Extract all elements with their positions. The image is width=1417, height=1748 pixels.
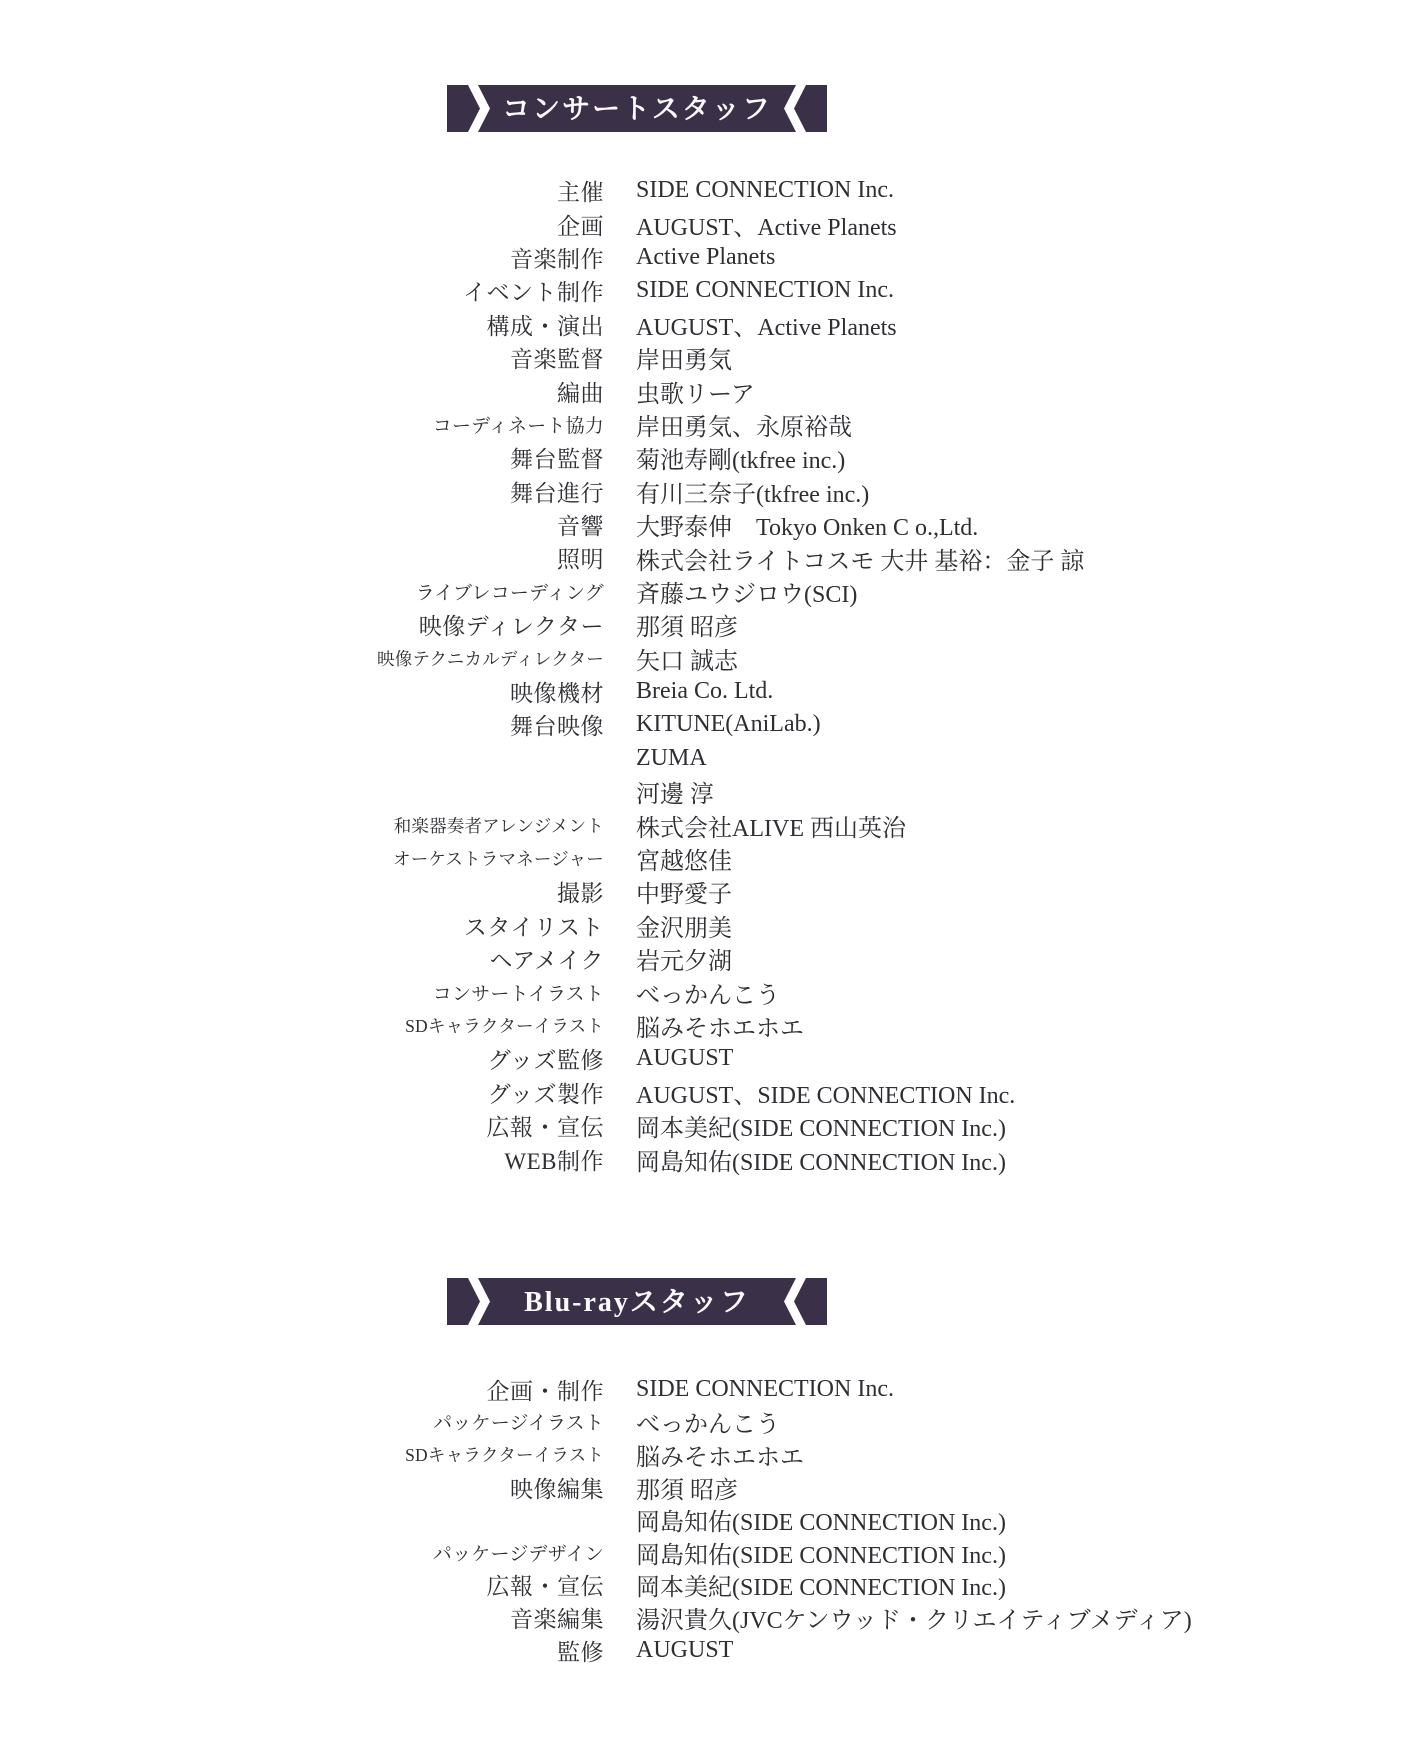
credit-row: コーディネート協力 岸田勇気、永原裕哉 [0, 408, 1250, 441]
credit-name-value: SIDE CONNECTION Inc. [636, 277, 894, 304]
credit-row: 映像機材 Breia Co. Ltd. [0, 675, 1250, 708]
credit-row: SDキャラクターイラスト 脳みそホエホエ [0, 1009, 1250, 1042]
credit-name-value: 斉藤ユウジロウ(SCI) [636, 574, 857, 609]
credit-row: 河邊 淳 [0, 775, 1250, 808]
credit-role-label: グッズ製作 [0, 1076, 604, 1109]
credit-role-label: 照明 [0, 541, 604, 574]
credit-name-value: 那須 昭彦 [636, 1470, 738, 1505]
credit-name-value: 那須 昭彦 [636, 607, 738, 642]
bluray-staff-credit-list: 企画・制作 SIDE CONNECTION Inc. パッケージイラスト べっか… [0, 1373, 1250, 1666]
credit-row: グッズ製作 AUGUST、SIDE CONNECTION Inc. [0, 1076, 1250, 1109]
credit-name-value: AUGUST [636, 1637, 733, 1664]
credit-name-value: ZUMA [636, 745, 707, 772]
credit-row: 映像編集 那須 昭彦 [0, 1471, 1250, 1504]
credit-name-value: Active Planets [636, 244, 775, 271]
concert-staff-banner: コンサートスタッフ [447, 85, 827, 132]
credit-name-value: 中野愛子 [636, 874, 732, 909]
credit-role-label: パッケージイラスト [0, 1408, 604, 1435]
credit-row: 広報・宣伝 岡本美紀(SIDE CONNECTION Inc.) [0, 1109, 1250, 1142]
credit-name-value: 宮越悠佳 [636, 841, 732, 876]
credit-role-label: 映像編集 [0, 1471, 604, 1504]
credit-role-label: SDキャラクターイラスト [0, 1013, 604, 1038]
credit-row: 岡島知佑(SIDE CONNECTION Inc.) [0, 1503, 1250, 1536]
credit-role-label: グッズ監修 [0, 1042, 604, 1075]
credit-row: オーケストラマネージャー 宮越悠佳 [0, 842, 1250, 875]
credit-role-label: オーケストラマネージャー [0, 846, 604, 871]
credit-role-label: 舞台進行 [0, 475, 604, 508]
credit-role-label: スタイリスト [0, 909, 604, 942]
credit-row: 音楽制作 Active Planets [0, 241, 1250, 274]
credit-row: 映像ディレクター 那須 昭彦 [0, 608, 1250, 641]
credit-row: ヘアメイク 岩元夕湖 [0, 942, 1250, 975]
credit-row: 照明 株式会社ライトコスモ 大井 基裕：金子 諒 [0, 541, 1250, 574]
credit-row: 音楽編集 湯沢貴久(JVCケンウッド・クリエイティブメディア) [0, 1601, 1250, 1634]
credit-name-value: べっかんこう [636, 1404, 780, 1439]
credit-name-value: 脳みそホエホエ [636, 1437, 804, 1472]
credit-name-value: 金沢朋美 [636, 908, 732, 943]
credit-name-value: Breia Co. Ltd. [636, 678, 773, 705]
credit-name-value: 岸田勇気、永原裕哉 [636, 407, 852, 442]
credit-name-value: 菊池寿剛(tkfree inc.) [636, 440, 845, 475]
credit-name-value: AUGUST、SIDE CONNECTION Inc. [636, 1075, 1015, 1110]
concert-staff-banner-title: コンサートスタッフ [447, 85, 827, 132]
credit-name-value: 岡島知佑(SIDE CONNECTION Inc.) [636, 1502, 1006, 1537]
credit-role-label: 広報・宣伝 [0, 1568, 604, 1601]
credit-name-value: 河邊 淳 [636, 774, 714, 809]
credit-name-value: 岡本美紀(SIDE CONNECTION Inc.) [636, 1567, 1006, 1602]
credit-role-label: SDキャラクターイラスト [0, 1442, 604, 1467]
credit-row: 和楽器奏者アレンジメント 株式会社ALIVE 西山英治 [0, 808, 1250, 841]
credit-row: イベント制作 SIDE CONNECTION Inc. [0, 274, 1250, 307]
credit-role-label: 編曲 [0, 375, 604, 408]
credit-role-label: 映像機材 [0, 675, 604, 708]
credit-row: スタイリスト 金沢朋美 [0, 909, 1250, 942]
credit-role-label: 音楽制作 [0, 241, 604, 274]
credit-row: 音響 大野泰伸 Tokyo Onken C o.,Ltd. [0, 508, 1250, 541]
credit-role-label: 舞台監督 [0, 441, 604, 474]
credit-name-value: 虫歌リーア [636, 374, 755, 409]
credit-name-value: KITUNE(AniLab.) [636, 711, 821, 738]
credit-row: コンサートイラスト べっかんこう [0, 975, 1250, 1008]
credit-row: 構成・演出 AUGUST、Active Planets [0, 308, 1250, 341]
credit-role-label: 主催 [0, 174, 604, 207]
credit-row: 企画・制作 SIDE CONNECTION Inc. [0, 1373, 1250, 1406]
credits-page: コンサートスタッフ 主催 SIDE CONNECTION Inc. 企画 AUG… [0, 0, 1417, 1748]
credit-name-value: 湯沢貴久(JVCケンウッド・クリエイティブメディア) [636, 1600, 1192, 1635]
credit-role-label: 構成・演出 [0, 308, 604, 341]
credit-role-label: WEB制作 [0, 1143, 604, 1176]
credit-role-label: 映像テクニカルディレクター [0, 646, 604, 671]
credit-name-value: べっかんこう [636, 975, 780, 1010]
credit-name-value: 株式会社ALIVE 西山英治 [636, 808, 906, 843]
credit-name-value: 大野泰伸 Tokyo Onken C o.,Ltd. [636, 507, 978, 542]
credit-role-label: 音響 [0, 508, 604, 541]
credit-row: 編曲 虫歌リーア [0, 374, 1250, 407]
credit-role-label: ヘアメイク [0, 942, 604, 975]
credit-row: 撮影 中野愛子 [0, 875, 1250, 908]
credit-row: 映像テクニカルディレクター 矢口 誠志 [0, 641, 1250, 674]
credit-row: 広報・宣伝 岡本美紀(SIDE CONNECTION Inc.) [0, 1569, 1250, 1602]
credit-row: パッケージデザイン 岡島知佑(SIDE CONNECTION Inc.) [0, 1536, 1250, 1569]
credit-role-label: 音楽監督 [0, 341, 604, 374]
credit-name-value: SIDE CONNECTION Inc. [636, 1376, 894, 1403]
credit-role-label: ライブレコーディング [0, 578, 604, 605]
credit-name-value: 岩元夕湖 [636, 941, 732, 976]
credit-row: 音楽監督 岸田勇気 [0, 341, 1250, 374]
credit-row: SDキャラクターイラスト 脳みそホエホエ [0, 1438, 1250, 1471]
credit-row: 舞台監督 菊池寿剛(tkfree inc.) [0, 441, 1250, 474]
credit-row: パッケージイラスト べっかんこう [0, 1406, 1250, 1439]
credit-role-label: パッケージデザイン [0, 1539, 604, 1566]
credit-row: 主催 SIDE CONNECTION Inc. [0, 174, 1250, 207]
credit-row: 企画 AUGUST、Active Planets [0, 207, 1250, 240]
credit-role-label: イベント制作 [0, 274, 604, 307]
credit-role-label: 広報・宣伝 [0, 1109, 604, 1142]
credit-role-label: 和楽器奏者アレンジメント [0, 813, 604, 838]
credit-name-value: SIDE CONNECTION Inc. [636, 177, 894, 204]
credit-name-value: 有川三奈子(tkfree inc.) [636, 474, 869, 509]
credit-row: 監修 AUGUST [0, 1634, 1250, 1667]
credit-name-value: 脳みそホエホエ [636, 1008, 804, 1043]
credit-name-value: AUGUST [636, 1045, 733, 1072]
bluray-staff-banner: Blu-rayスタッフ [447, 1278, 827, 1325]
concert-staff-credit-list: 主催 SIDE CONNECTION Inc. 企画 AUGUST、Active… [0, 174, 1250, 1176]
credit-name-value: 矢口 誠志 [636, 641, 738, 676]
credit-role-label: 音楽編集 [0, 1601, 604, 1634]
credit-name-value: 岡本美紀(SIDE CONNECTION Inc.) [636, 1108, 1006, 1143]
credit-name-value: 岡島知佑(SIDE CONNECTION Inc.) [636, 1142, 1006, 1177]
credit-name-value: AUGUST、Active Planets [636, 207, 897, 242]
credit-role-label: 企画・制作 [0, 1373, 604, 1406]
credit-role-label: 監修 [0, 1634, 604, 1667]
credit-row: ZUMA [0, 742, 1250, 775]
credit-role-label: 企画 [0, 208, 604, 241]
credit-name-value: 岸田勇気 [636, 340, 732, 375]
credit-role-label: 撮影 [0, 875, 604, 908]
credit-row: 舞台進行 有川三奈子(tkfree inc.) [0, 475, 1250, 508]
bluray-staff-banner-title: Blu-rayスタッフ [447, 1278, 827, 1325]
credit-role-label: コーディネート協力 [0, 411, 604, 438]
credit-row: グッズ監修 AUGUST [0, 1042, 1250, 1075]
credit-role-label: 舞台映像 [0, 708, 604, 741]
credit-role-label: 映像ディレクター [0, 608, 604, 641]
credit-row: ライブレコーディング 斉藤ユウジロウ(SCI) [0, 575, 1250, 608]
credit-name-value: AUGUST、Active Planets [636, 307, 897, 342]
credit-name-value: 岡島知佑(SIDE CONNECTION Inc.) [636, 1535, 1006, 1570]
credit-row: 舞台映像 KITUNE(AniLab.) [0, 708, 1250, 741]
credit-row: WEB制作 岡島知佑(SIDE CONNECTION Inc.) [0, 1142, 1250, 1175]
credit-name-value: 株式会社ライトコスモ 大井 基裕：金子 諒 [636, 541, 1084, 576]
credit-role-label: コンサートイラスト [0, 979, 604, 1006]
